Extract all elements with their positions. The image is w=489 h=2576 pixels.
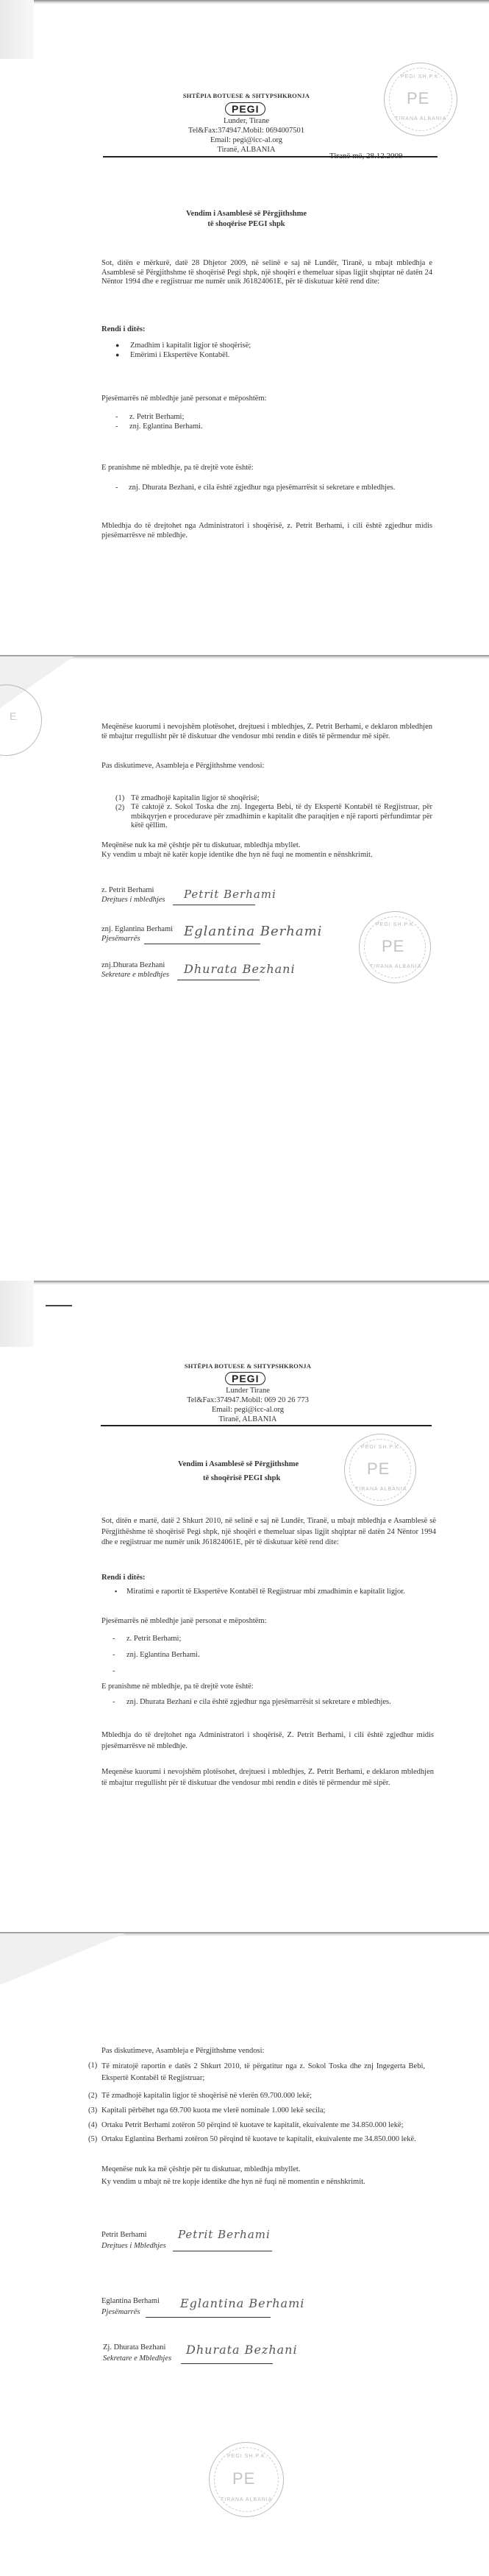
letterhead-rule — [101, 1425, 432, 1426]
decision-text: Ortaku Eglantina Berhami zotëron 50 përq… — [101, 2134, 416, 2144]
document-title-line1: Vendim i Asamblesë së Përgjithshme — [178, 1459, 299, 1469]
stamp-initials: PE — [232, 2469, 255, 2488]
document-title-line1: Vendim i Asamblesë së Përgjithshme — [136, 209, 357, 219]
closing-line-1: Meqënëse nuk ka më çështje për tu diskut… — [101, 841, 300, 850]
stamp-initials: PE — [367, 1459, 390, 1479]
document-title-line2: të shoqërisë PEGI shpk — [203, 1473, 280, 1483]
dash-icon: - — [115, 483, 118, 492]
page-3: SHTËPIA BOTUESE & SHTYPSHKRONJA PEGI Lun… — [0, 1281, 489, 1932]
handwritten-signature: Petrit Berhami — [178, 2228, 271, 2241]
decision-number: (1) — [88, 2061, 97, 2070]
handwritten-signature: Eglantina Berhami — [180, 2296, 304, 2310]
quorum-paragraph: Meqenëse kuorumi i nevojshëm plotësohet,… — [101, 1766, 434, 1788]
decision-text: Të zmadhojë kapitalin ligjor të shoqëris… — [131, 793, 260, 803]
decided-heading: Pas diskutimeve, Asambleja e Përgjithshm… — [101, 761, 264, 771]
participant-item: z. Petrit Berhami; — [126, 1634, 181, 1643]
letterhead-city: Tiranë, ALBANIA — [136, 145, 357, 155]
decision-text: Kapitali përbëhet nga 69.700 kuota me vl… — [101, 2106, 325, 2115]
agenda-heading: Rendi i ditës: — [101, 325, 146, 334]
agenda-heading: Rendi i ditës: — [101, 1573, 146, 1582]
dash-icon: - — [113, 1666, 115, 1676]
decision-text: Të miratojë raportin e datës 2 Shkurt 20… — [101, 2061, 425, 2084]
participant-item: znj. Eglantina Berhami. — [126, 1650, 200, 1660]
signatory-role: Drejtues i mbledhjes — [101, 895, 165, 905]
participants-heading: Pjesëmarrës në mbledhje janë personat e … — [101, 394, 267, 403]
signatory-name: z. Petrit Berhami — [101, 885, 154, 895]
bullet-icon: ● — [115, 351, 119, 358]
signatory-role: Sekretare e Mbledhjes — [103, 2354, 171, 2363]
dash-icon: - — [115, 422, 118, 431]
agenda-item: Miratimi e raportit të Ekspertëve Kontab… — [126, 1587, 405, 1596]
signatory-role: Pjesëmarrës — [101, 934, 140, 944]
letterhead-address: Lunder Tirane — [138, 1386, 358, 1395]
quorum-paragraph: Meqënëse kuorumi i nevojshëm plotësohet,… — [101, 723, 432, 741]
company-stamp: PEGI SH.P.K. PE TIRANA ALBANIA — [359, 911, 431, 983]
letterhead-email: Email: pegi@icc-al.org — [136, 135, 357, 145]
page-4: Pas diskutimeve, Asambleja e Përgjithshm… — [0, 1932, 489, 2576]
letterhead-phone: Tel&Fax:374947.Mobil: 0694007501 — [136, 126, 357, 135]
handwritten-signature: Eglantina Berhami — [184, 924, 322, 939]
pegi-logo: PEGI — [225, 1372, 265, 1385]
handwritten-signature: Dhurata Bezhani — [184, 962, 296, 976]
closing-line-2: Ky vendim u mbajt në tre kopje identike … — [101, 2177, 365, 2187]
stamp-top-text: PEGI SH.P.K. — [401, 74, 441, 79]
page-shadow — [0, 1281, 34, 1347]
signatory-name: znj.Dhurata Bezhani — [101, 960, 165, 970]
signatory-role: Sekretare e mbledhjes — [101, 970, 169, 980]
signatory-name: Eglantina Berhami — [101, 2296, 160, 2306]
decision-text: Të zmadhojë kapitalin ligjor të shoqëris… — [101, 2091, 312, 2101]
dash-icon: - — [113, 1650, 115, 1660]
page-2: E Meqënëse kuorumi i nevojshëm plotësohe… — [0, 655, 489, 1281]
intro-paragraph: Sot, ditën e mërkurë, datë 28 Dhjetor 20… — [101, 259, 432, 287]
bullet-icon: ▪ — [115, 1588, 117, 1595]
stamp-bottom-text: TIRANA ALBANIA — [221, 2497, 272, 2502]
handwritten-signature: Dhurata Bezhani — [186, 2343, 298, 2357]
page-shadow — [0, 0, 34, 59]
participants-heading: Pjesëmarrës në mbledhje janë personat e … — [101, 1616, 267, 1626]
decided-heading: Pas diskutimeve, Asambleja e Përgjithshm… — [101, 2046, 264, 2056]
scan-mark — [46, 1305, 72, 1306]
signature-line — [177, 980, 260, 980]
bullet-icon: ● — [115, 342, 119, 349]
pegi-logo: PEGI — [225, 102, 265, 116]
page-edge — [0, 0, 489, 4]
intro-paragraph: Sot, ditën e martë, datë 2 Shkurt 2010, … — [101, 1516, 436, 1549]
signature-line — [146, 2317, 271, 2318]
page-fold — [0, 1933, 125, 1985]
decision-number: (1) — [115, 793, 124, 803]
present-item: znj. Dhurata Bezhani, e cila është zgjed… — [129, 483, 395, 492]
decision-number: (3) — [88, 2106, 97, 2115]
decision-number: (5) — [88, 2134, 97, 2144]
decision-number: (4) — [88, 2120, 97, 2130]
stamp-initials: PE — [382, 937, 404, 956]
letterhead-email: Email: pegi@icc-al.org — [138, 1405, 358, 1415]
stamp-bottom-text: TIRANA ALBANIA — [395, 116, 446, 121]
agenda-item: Zmadhim i kapitalit ligjor të shoqërisë; — [130, 341, 251, 350]
signatory-name: znj. Eglantina Berhami — [101, 924, 173, 934]
stamp-initials: PE — [407, 89, 429, 108]
stamp-top-text: PEGI SH.P.K. — [376, 922, 416, 927]
company-stamp: PEGI SH.P.K. PE TIRANA ALBANIA — [209, 2442, 284, 2517]
dash-icon: - — [113, 1697, 115, 1707]
signature-line — [181, 2363, 273, 2364]
company-stamp: PEGI SH.P.K. PE TIRANA ALBANIA — [344, 1434, 416, 1506]
decision-text: Të caktojë z. Sokol Toska dhe znj. Ingeg… — [131, 803, 432, 831]
agenda-item: Emërimi i Ekspertëve Kontabël. — [130, 350, 229, 360]
dash-icon: - — [113, 1634, 115, 1643]
dash-icon: - — [115, 412, 118, 422]
signature-line — [173, 2251, 272, 2251]
participant-item: z. Petrit Berhami; — [129, 412, 184, 422]
closing-line-2: Ky vendim u mbajt në katër kopje identik… — [101, 850, 373, 860]
signatory-name: Petrit Berhami — [101, 2230, 147, 2240]
stamp-bottom-text: TIRANA ALBANIA — [355, 1487, 407, 1492]
page-edge — [0, 1281, 489, 1285]
stamp-top-text: PEGI SH.P.K. — [227, 2454, 268, 2459]
letterhead-company: SHTËPIA BOTUESE & SHTYPSHKRONJA — [138, 1362, 358, 1371]
stamp-initials: E — [10, 710, 17, 722]
signature-line — [173, 905, 255, 905]
present-heading: E pranishme në mbledhje, pa të drejtë vo… — [101, 463, 254, 473]
signature-line — [144, 944, 260, 944]
letterhead-address: Lunder, Tirane — [136, 116, 357, 126]
signatory-name: Zj. Dhurata Bezhani — [103, 2343, 165, 2352]
stamp-top-text: PEGI SH.P.K. — [361, 1445, 401, 1450]
decision-number: (2) — [115, 803, 124, 813]
document-date: Tiranë më, 28.12.2009 — [329, 152, 403, 160]
letterhead-city: Tiranë, ALBANIA — [138, 1415, 358, 1424]
participant-item: znj. Eglantina Berhami. — [129, 422, 203, 431]
signatory-role: Drejtues i Mbledhjes — [101, 2241, 166, 2251]
page-1: SHTËPIA BOTUESE & SHTYPSHKRONJA PEGI Lun… — [0, 0, 489, 655]
company-stamp: PEGI SH.P.K. PE TIRANA ALBANIA — [384, 63, 457, 136]
chair-paragraph: Mbledhja do të drejtohet nga Administrat… — [101, 1730, 434, 1752]
letterhead-phone: Tel&Fax:374947.Mobil: 069 20 26 773 — [138, 1395, 358, 1405]
signatory-role: Pjesëmarrës — [101, 2307, 140, 2317]
decision-number: (2) — [88, 2091, 97, 2101]
handwritten-signature: Petrit Berhami — [184, 888, 276, 901]
present-item: znj. Dhurata Bezhani e cila është zgjedh… — [126, 1697, 391, 1707]
closing-line-1: Meqenëse nuk ka më çështje për tu diskut… — [101, 2165, 300, 2174]
stamp-bottom-text: TIRANA ALBANIA — [370, 964, 421, 969]
chair-paragraph: Mbledhja do të drejtohet nga Administrat… — [101, 522, 432, 540]
present-heading: E pranishme në mbledhje, pa të drejtë vo… — [101, 1682, 254, 1691]
letterhead-company: SHTËPIA BOTUESE & SHTYPSHKRONJA — [136, 91, 357, 101]
document-title-line2: të shoqërise PEGI shpk — [136, 219, 357, 229]
decision-text: Ortaku Petrit Berhami zotëron 50 përqind… — [101, 2120, 404, 2130]
